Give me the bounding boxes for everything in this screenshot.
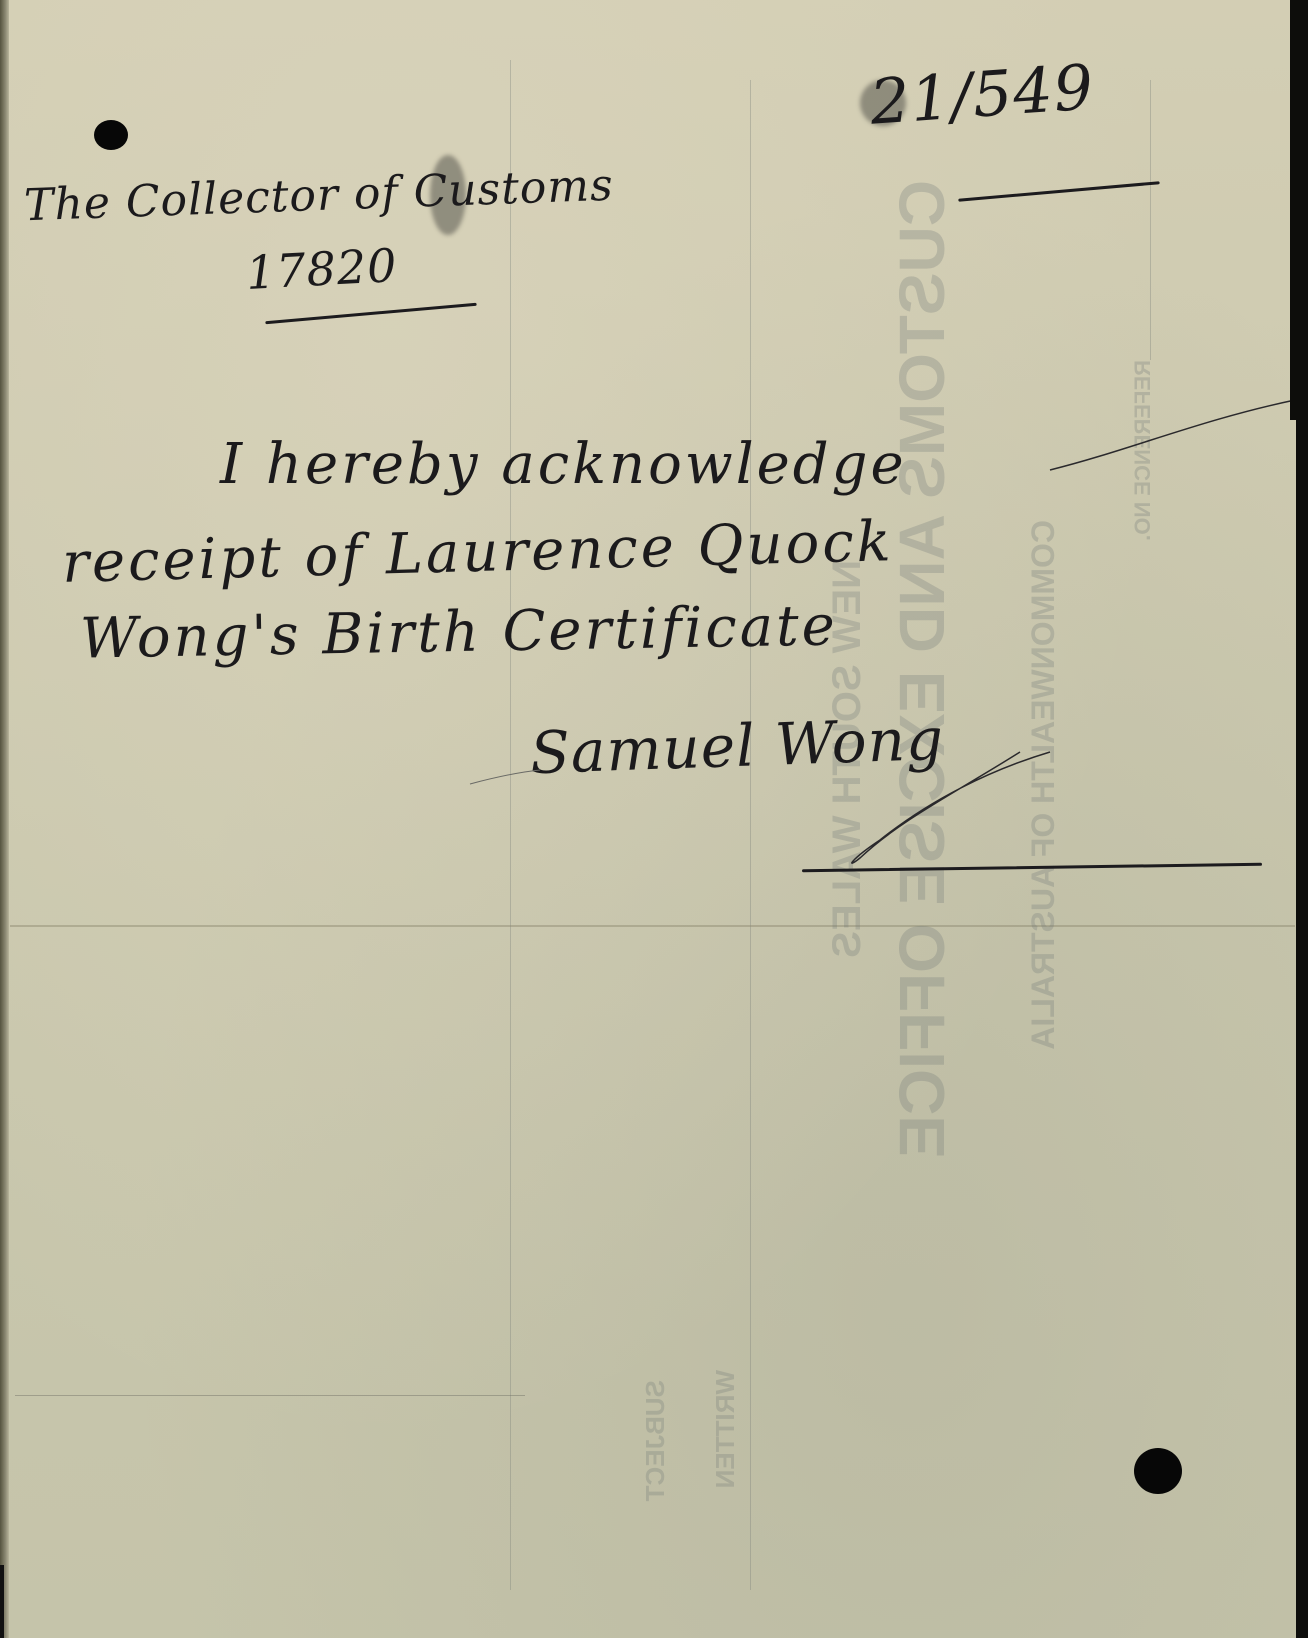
document-page: CUSTOMS AND EXCISE OFFICE NEW SOUTH WALE… <box>0 0 1300 1638</box>
pen-flourishes <box>0 0 1300 1638</box>
scan-right-border <box>1296 0 1308 1638</box>
